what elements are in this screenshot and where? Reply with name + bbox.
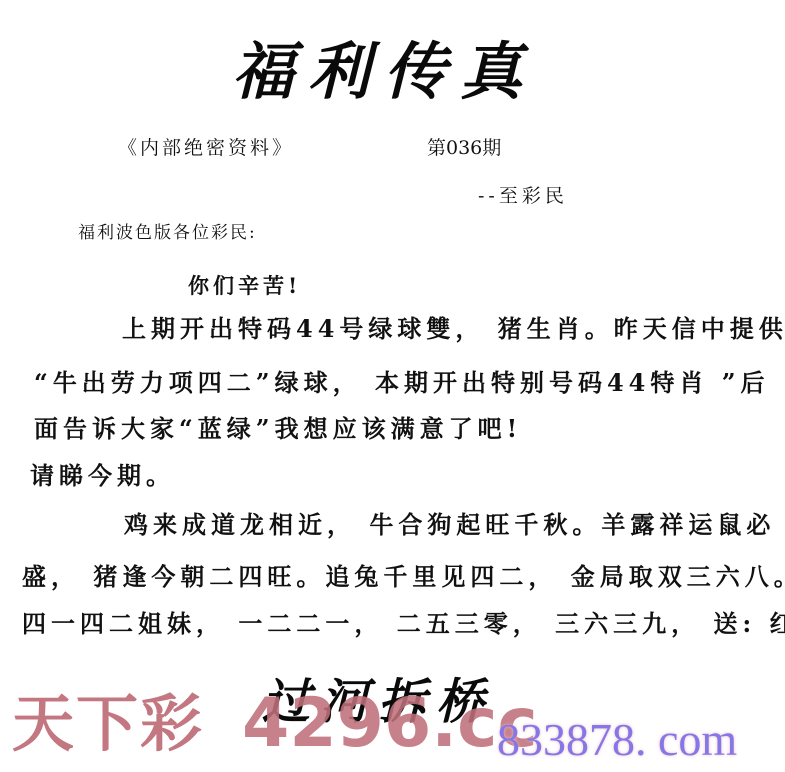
body-line: 请睇今期。: [30, 460, 175, 492]
document-subtitle: 《内部绝密资料》: [118, 135, 294, 161]
watermark-833878: 833878. com: [497, 714, 737, 766]
issue-number: 第036期: [427, 135, 501, 161]
body-line: 面告诉大家“蓝绿”我想应该满意了吧!: [34, 413, 522, 445]
poem-line: 盛， 猪逢今朝二四旺。追兔千里见四二， 金局取双三六八。: [22, 561, 785, 593]
body-line: “牛出劳力项四二”绿球， 本期开出特别号码44特肖 ”后: [34, 367, 770, 399]
body-line-salutation: 你们辛苦!: [188, 270, 301, 302]
document-title: 福利传真: [232, 32, 536, 112]
body-line: 上期开出特码44号绿球雙， 猪生肖。昨天信中提供: [122, 313, 785, 345]
greeting: 福利波色版各位彩民:: [78, 221, 257, 245]
poem-line: 四一四二姐妹， 一二二一， 二五三零， 三六三九， 送: 红绿: [22, 608, 785, 640]
poem-line: 鸡来成道龙相近， 牛合狗起旺千秋。羊露祥运鼠必: [124, 509, 775, 541]
signature: --至彩民: [478, 183, 568, 209]
watermark-4296: 4296.cc: [242, 684, 538, 764]
watermark-tianxiacai: 天下彩: [12, 686, 204, 762]
